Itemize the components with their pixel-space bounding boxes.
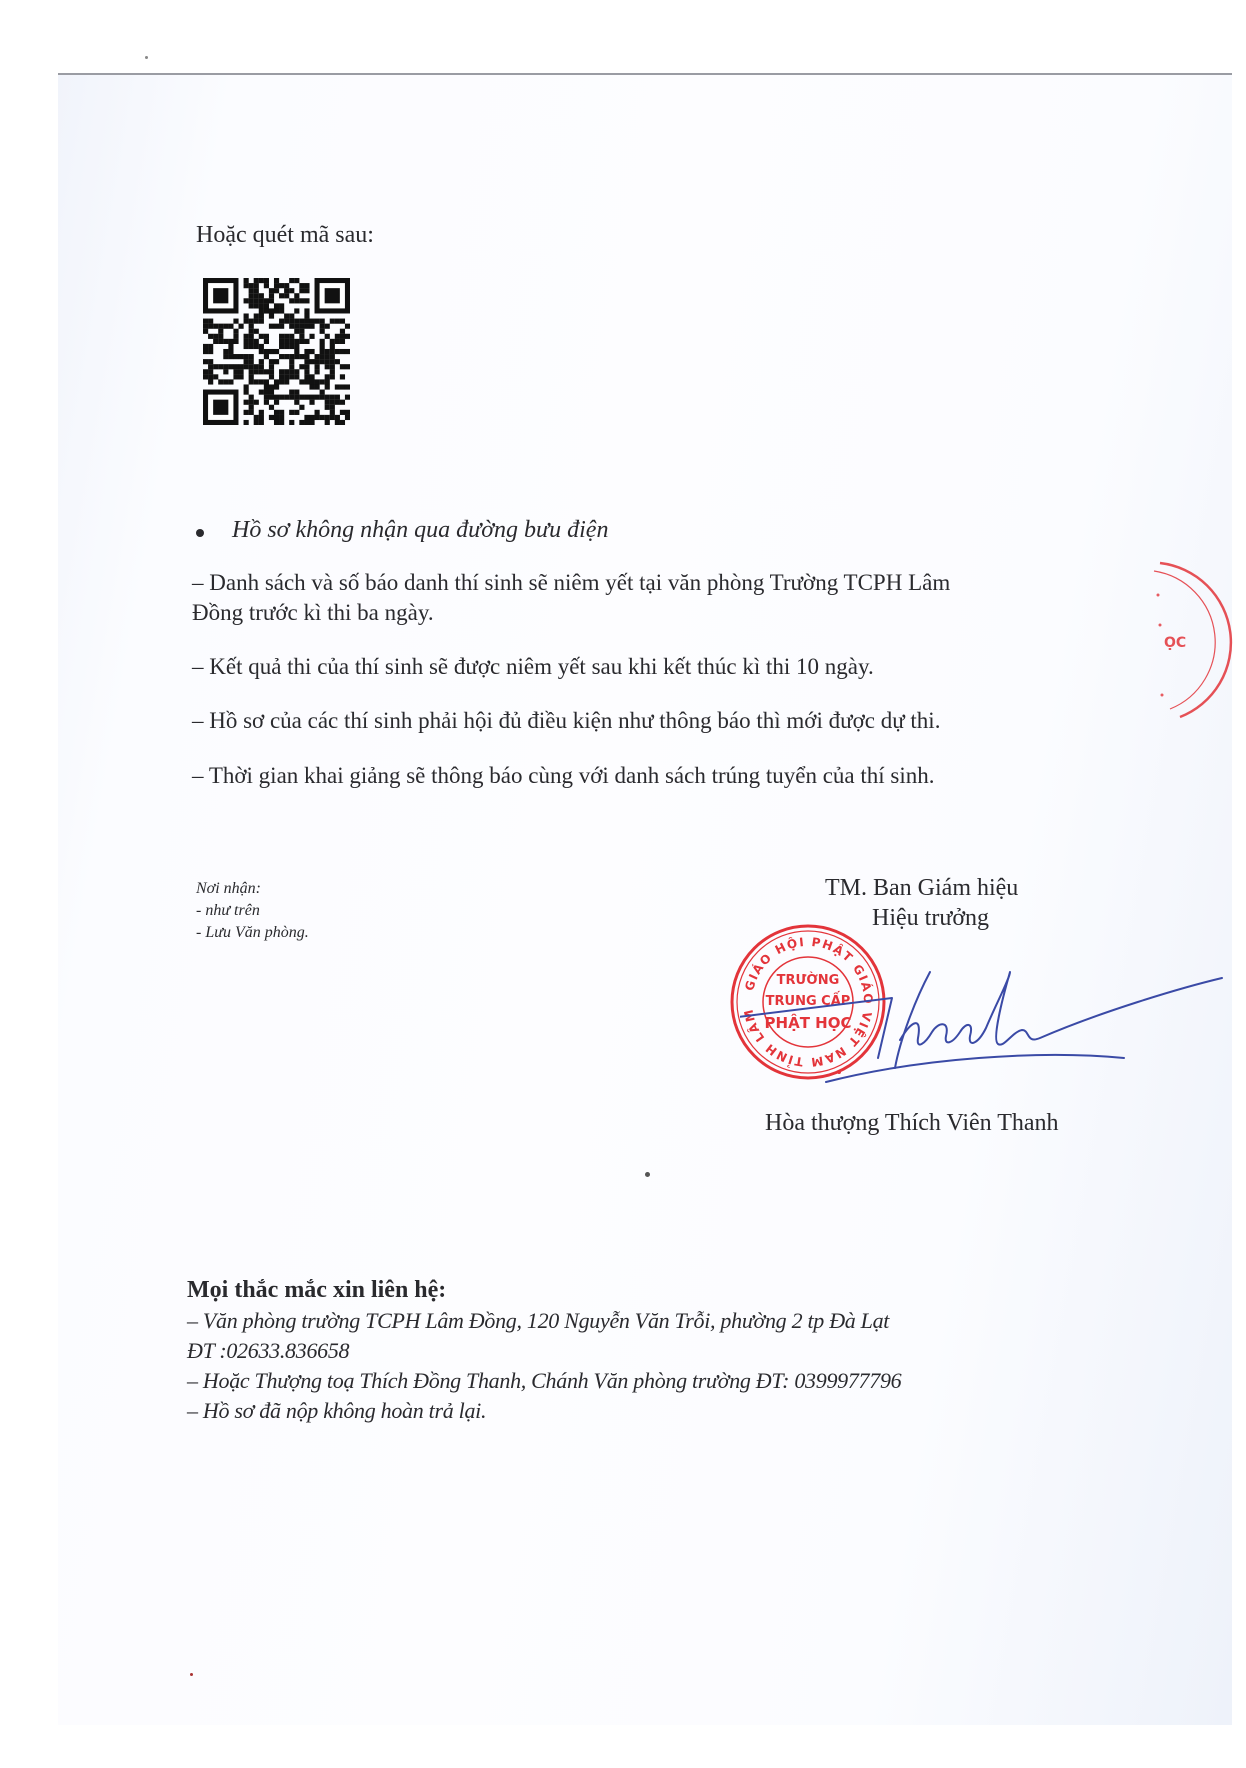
recipient-item: - Lưu Văn phòng. [196, 922, 309, 944]
contact-no-return-note: – Hồ sơ đã nộp không hoàn trả lại. [187, 1396, 901, 1426]
scan-speck [145, 56, 148, 59]
position-title: Hiệu trưởng [872, 903, 989, 933]
contact-heading: Mọi thắc mắc xin liên hệ: [187, 1276, 446, 1304]
svg-text:ỌC: ỌC [1164, 635, 1186, 651]
qr-code-image[interactable] [203, 278, 350, 425]
contact-office-address: – Văn phòng trường TCPH Lâm Đồng, 120 Ng… [187, 1306, 901, 1336]
note-3: – Hồ sơ của các thí sinh phải hội đủ điề… [192, 706, 940, 736]
contact-office-phone: ĐT :02633.836658 [187, 1336, 901, 1366]
recipients: Nơi nhận: - như trên - Lưu Văn phòng. [196, 878, 309, 944]
scan-prompt: Hoặc quét mã sau: [196, 220, 374, 250]
signer-name: Hòa thượng Thích Viên Thanh [765, 1108, 1059, 1138]
bullet-text: Hồ sơ không nhận qua đường bưu điện [232, 517, 608, 543]
scan-speck [190, 1673, 193, 1676]
note-1-line-2: Đồng trước kì thi ba ngày. [192, 598, 950, 628]
contact-secretary: – Hoặc Thượng toạ Thích Đồng Thanh, Chán… [187, 1366, 901, 1396]
bullet-item: Hồ sơ không nhận qua đường bưu điện [196, 515, 608, 545]
scan-speck [645, 1172, 650, 1177]
note-1-line-1: – Danh sách và số báo danh thí sinh sẽ n… [192, 568, 950, 598]
handwritten-signature [740, 940, 1240, 1090]
bullet-dot-icon [196, 529, 204, 537]
on-behalf-title: TM. Ban Giám hiệu [825, 873, 1018, 903]
note-1: – Danh sách và số báo danh thí sinh sẽ n… [192, 568, 950, 628]
recipients-title: Nơi nhận: [196, 878, 309, 900]
contact-lines: – Văn phòng trường TCPH Lâm Đồng, 120 Ng… [187, 1306, 901, 1426]
note-4: – Thời gian khai giảng sẽ thông báo cùng… [192, 761, 935, 791]
note-2: – Kết quả thi của thí sinh sẽ được niêm … [192, 652, 874, 682]
partial-seal-stamp: ỌC [1150, 555, 1246, 725]
recipient-item: - như trên [196, 900, 309, 922]
